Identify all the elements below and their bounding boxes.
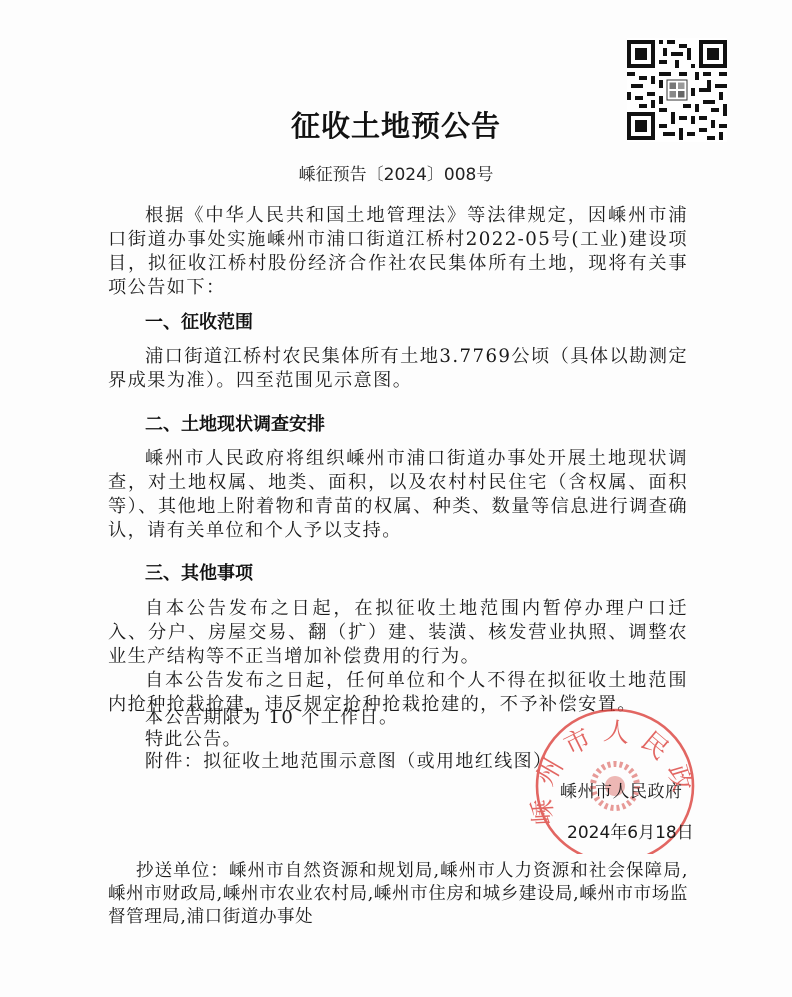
notice-period: 本公告期限为 10 个工作日。 xyxy=(145,707,552,729)
notice-closing: 特此公告。 xyxy=(145,729,552,751)
intro-paragraph: 根据《中华人民共和国土地管理法》等法律规定，因嵊州市浦口街道办事处实施嵊州市浦口… xyxy=(108,204,688,300)
scope-paragraph: 浦口街道江桥村农民集体所有土地3.7769公顷（具体以勘测定界成果为准）。四至范… xyxy=(108,345,688,393)
document-number: 嵊征预告〔2024〕008号 xyxy=(0,160,792,185)
closing-block: 本公告期限为 10 个工作日。 特此公告。 附件：拟征收土地范围示意图（或用地红… xyxy=(145,707,552,773)
intro-text: 根据《中华人民共和国土地管理法》等法律规定，因嵊州市浦口街道办事处实施嵊州市浦口… xyxy=(108,204,688,300)
section-heading-survey: 二、土地现状调查安排 xyxy=(145,410,325,436)
cc-text: 抄送单位：嵊州市自然资源和规划局,嵊州市人力资源和社会保障局,嵊州市财政局,嵊州… xyxy=(108,860,688,929)
other-paragraph-1: 自本公告发布之日起，在拟征收土地范围内暂停办理户口迁入、分户、房屋交易、翻（扩）… xyxy=(108,597,688,669)
section-heading-scope: 一、征收范围 xyxy=(145,308,253,334)
page-title: 征收土地预公告 xyxy=(0,104,792,145)
section-other-body: 自本公告发布之日起，在拟征收土地范围内暂停办理户口迁入、分户、房屋交易、翻（扩）… xyxy=(108,597,688,717)
issue-date: 2024年6月18日 xyxy=(567,818,694,843)
cc-units: 抄送单位：嵊州市自然资源和规划局,嵊州市人力资源和社会保障局,嵊州市财政局,嵊州… xyxy=(108,860,688,929)
issuer-name: 嵊州市人民政府 xyxy=(560,777,683,802)
section-scope-body: 浦口街道江桥村农民集体所有土地3.7769公顷（具体以勘测定界成果为准）。四至范… xyxy=(108,345,688,393)
attachment-line: 附件：拟征收土地范围示意图（或用地红线图） xyxy=(145,751,552,773)
survey-paragraph: 嵊州市人民政府将组织嵊州市浦口街道办事处开展土地现状调查，对土地权属、地类、面积… xyxy=(108,447,688,543)
section-survey-body: 嵊州市人民政府将组织嵊州市浦口街道办事处开展土地现状调查，对土地权属、地类、面积… xyxy=(108,447,688,543)
section-heading-other: 三、其他事项 xyxy=(145,559,253,585)
